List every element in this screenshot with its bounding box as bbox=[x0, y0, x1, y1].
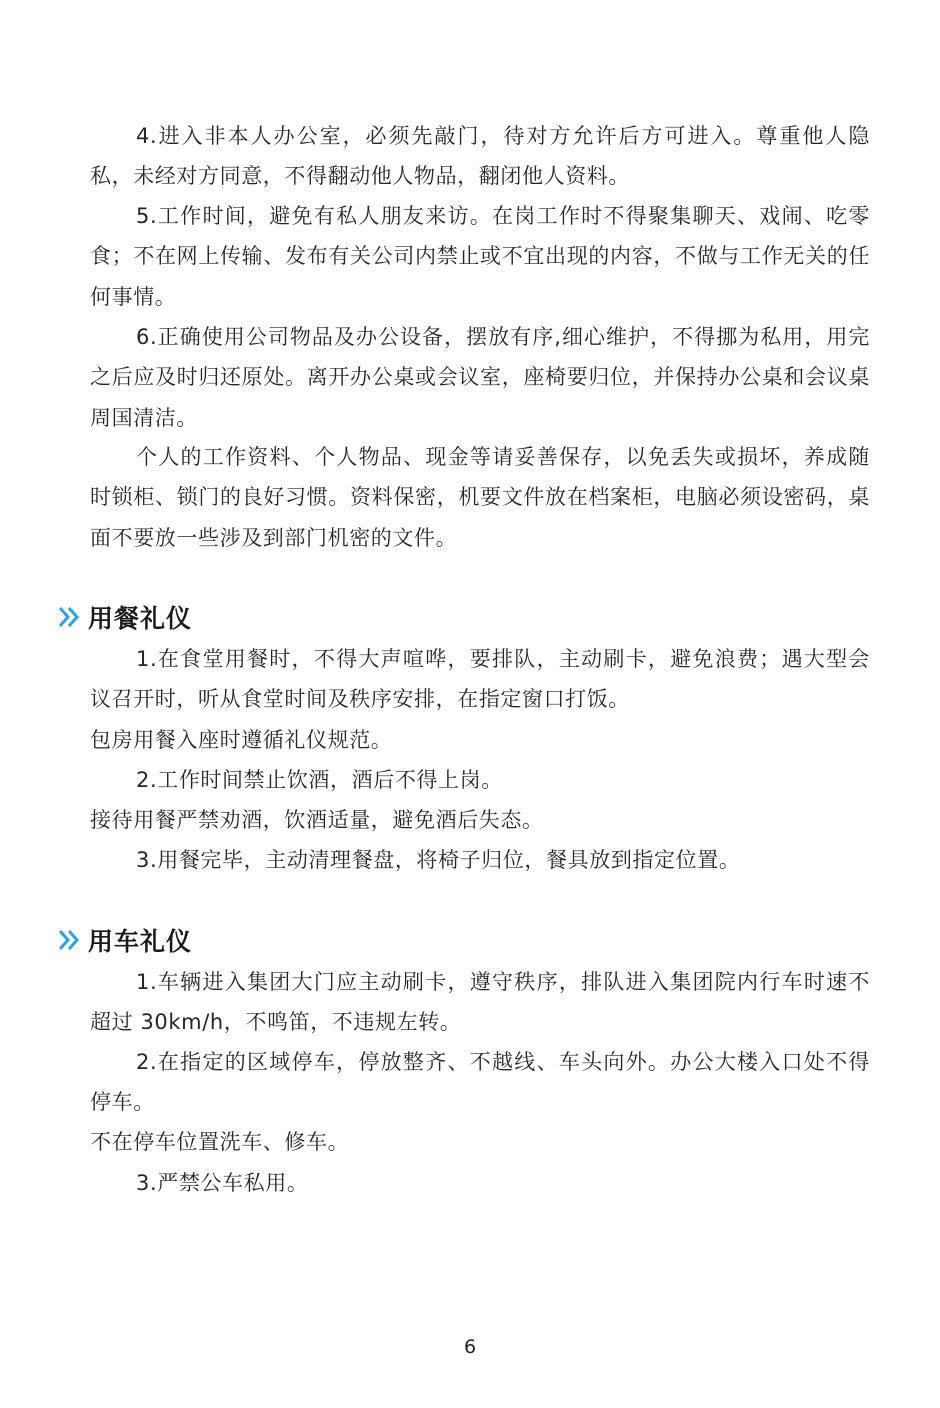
paragraph-rule-4: 4.进入非本人办公室，必须先敲门，待对方允许后方可进入。尊重他人隐私，未经对方同… bbox=[90, 116, 870, 197]
paragraph-vehicle-no-wash: 不在停车位置洗车、修车。 bbox=[90, 1122, 870, 1162]
paragraph-dining-2: 2.工作时间禁止饮酒，酒后不得上岗。 bbox=[90, 760, 870, 800]
paragraph-dining-1: 1.在食堂用餐时，不得大声喧哗，要排队，主动刷卡，避免浪费；遇大型会议召开时，听… bbox=[90, 639, 870, 720]
paragraph-dining-reception: 接待用餐严禁劝酒，饮酒适量，避免酒后失态。 bbox=[90, 800, 870, 840]
double-chevron-right-icon bbox=[56, 927, 82, 953]
paragraph-rule-6: 6.正确使用公司物品及办公设备，摆放有序,细心维护，不得挪为私用，用完之后应及时… bbox=[90, 317, 870, 438]
section-heading-vehicle: 用车礼仪 bbox=[56, 920, 192, 960]
double-chevron-right-icon bbox=[56, 604, 82, 630]
paragraph-vehicle-1: 1.车辆进入集团大门应主动刷卡，遵守秩序，排队进入集团院内行车时速不超过 30k… bbox=[90, 962, 870, 1043]
section-heading-dining: 用餐礼仪 bbox=[56, 597, 192, 637]
section-title: 用车礼仪 bbox=[88, 922, 192, 958]
section-title: 用餐礼仪 bbox=[88, 599, 192, 635]
paragraph-personal-items: 个人的工作资料、个人物品、现金等请妥善保存，以免丢失或损坏，养成随时锁柜、锁门的… bbox=[90, 437, 870, 558]
paragraph-dining-3: 3.用餐完毕，主动清理餐盘，将椅子归位，餐具放到指定位置。 bbox=[90, 840, 870, 880]
paragraph-vehicle-2: 2.在指定的区域停车，停放整齐、不越线、车头向外。办公大楼入口处不得停车。 bbox=[90, 1042, 870, 1123]
paragraph-dining-private-room: 包房用餐入座时遵循礼仪规范。 bbox=[90, 720, 870, 760]
page-number: 6 bbox=[0, 1336, 940, 1358]
document-page: 4.进入非本人办公室，必须先敲门，待对方允许后方可进入。尊重他人隐私，未经对方同… bbox=[0, 0, 940, 1408]
paragraph-vehicle-3: 3.严禁公车私用。 bbox=[90, 1163, 870, 1203]
paragraph-rule-5: 5.工作时间，避免有私人朋友来访。在岗工作时不得聚集聊天、戏闹、吃零食；不在网上… bbox=[90, 196, 870, 317]
